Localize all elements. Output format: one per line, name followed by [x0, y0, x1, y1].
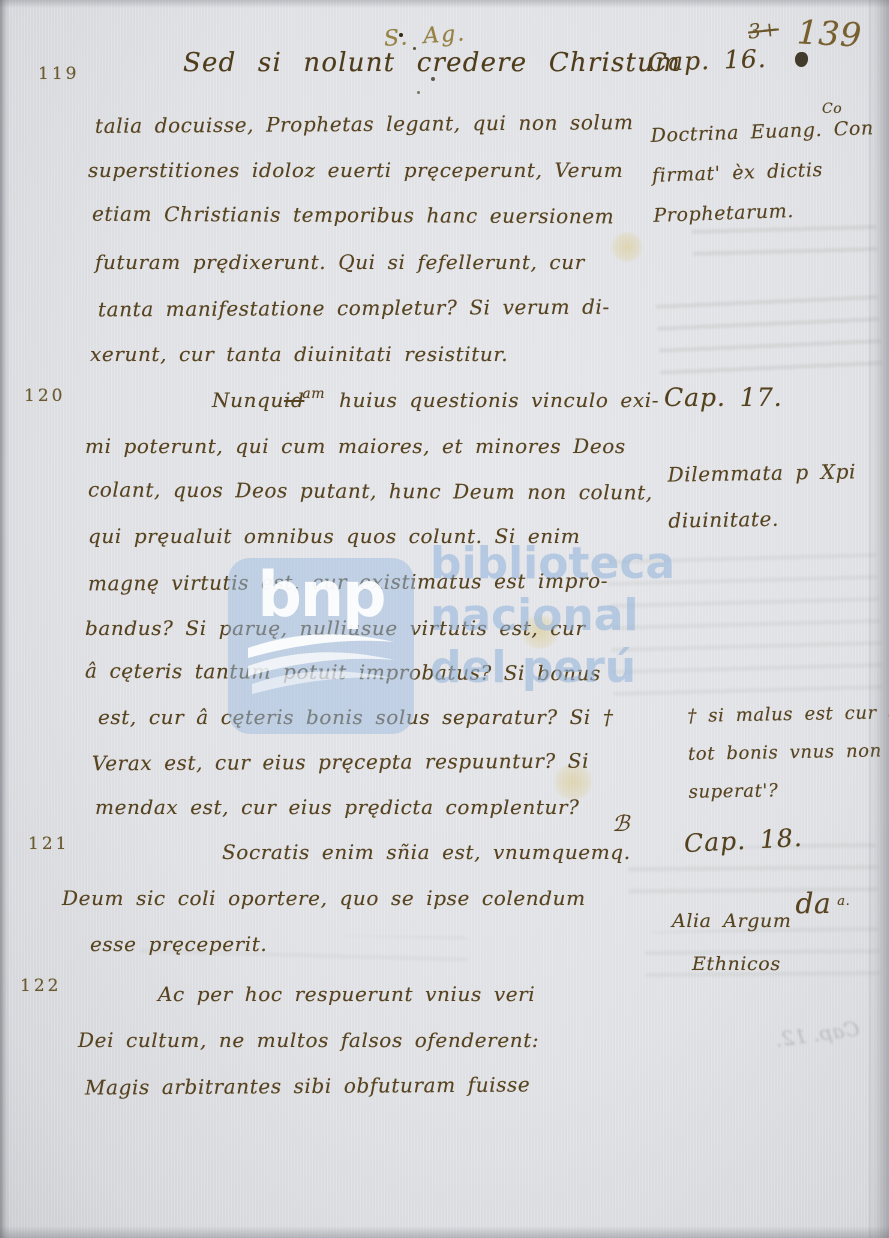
margin-note-line: † si malus est cur â	[687, 694, 889, 736]
margin-note-dilemmata: Dilemmata p Xpi diuinitate.	[667, 448, 857, 543]
margin-note-line: diuinitate.	[668, 494, 857, 543]
body-line: superstitiones idoloz euerti pręceperunt…	[88, 158, 623, 182]
watermark-line: nacional	[430, 590, 675, 642]
watermark-line: biblioteca	[430, 538, 675, 590]
body-line: Magis arbitrantes sibi obfuturam fuisse	[85, 1072, 530, 1099]
bleedthrough-text	[655, 284, 882, 383]
chapter-head-16: Cap. 16.	[648, 44, 768, 77]
margin-note-line: superat'?	[688, 770, 889, 812]
bnp-watermark-text: biblioteca nacional del perú	[430, 538, 675, 694]
ink-blot	[795, 52, 808, 67]
opening-line: Sed si nolunt credere Christum	[183, 48, 681, 78]
body-line: colant, quos Deos putant, hunc Deum non …	[88, 478, 653, 505]
margin-note-line: Prophetarum.	[653, 188, 878, 236]
watermark-line: del perú	[430, 642, 675, 694]
correction-superscript: am	[302, 386, 325, 402]
body-line: mendax est, cur eius prędicta complentur…	[95, 795, 579, 819]
ink-speck	[417, 91, 420, 94]
margin-note-line: Doctrina Euang. Con	[650, 108, 875, 156]
bnp-logo-text: bnp	[258, 564, 385, 626]
body-line: Ac per hoc respuerunt vnius veri	[158, 982, 535, 1006]
page-edge-top	[0, 0, 889, 8]
body-line-correction: Nunquidam huius questionis vinculo exi-	[212, 388, 659, 412]
margin-note-line: Ethnicos	[692, 944, 840, 984]
paper-stain	[610, 232, 644, 262]
page-fold-line	[869, 0, 871, 1238]
margin-number-120: 120	[24, 386, 65, 406]
manuscript-page: S. Ag. 3+ 139 119 120 121 122 Sed si nol…	[0, 0, 889, 1238]
folio-number: 139	[796, 12, 863, 54]
body-line: esse pręceperit.	[90, 932, 267, 956]
chapter-head-18: Cap. 18.	[683, 823, 803, 858]
margin-note-sup: da	[795, 887, 831, 920]
body-line: etiam Christianis temporibus hanc euersi…	[92, 202, 614, 229]
body-line: tanta manifestatione completur? Si verum…	[98, 295, 610, 322]
bnp-swoosh-icon	[246, 622, 396, 700]
margin-note-alia: Alia Argumdaa. Ethnicos	[672, 898, 840, 984]
margin-number-121: 121	[28, 834, 69, 854]
body-line: xerunt, cur tanta diuinitati resistitur.	[90, 342, 508, 366]
margin-note-sup2: a.	[837, 894, 850, 909]
body-line: Deum sic coli oportere, quo se ipse cole…	[62, 886, 586, 910]
margin-note-doctrina: Doctrina Euang. Con firmat' èx dictis Pr…	[650, 108, 877, 236]
margin-note-line: tot bonis vnus non	[688, 732, 889, 774]
page-edge-left	[0, 0, 10, 1238]
margin-note-simalus: † si malus est cur â tot bonis vnus non …	[687, 694, 889, 812]
chapter-head-17: Cap. 17.	[664, 383, 783, 412]
margin-note-line: Alia Argum	[672, 910, 791, 932]
bleedthrough-chapter-note: Cap. 12.	[774, 1016, 861, 1052]
margin-number-119: 119	[38, 64, 79, 84]
body-line: mi poterunt, qui cum maiores, et minores…	[85, 434, 626, 458]
margin-note-line: Dilemmata p Xpi	[667, 448, 856, 497]
correction-prefix: Nunqu	[212, 388, 284, 412]
body-line: Socratis enim sñia est, vnumquemq.	[222, 840, 631, 864]
body-line: talia docuisse, Prophetas legant, qui no…	[95, 110, 634, 138]
paragraph-mark: ℬ	[612, 812, 630, 837]
body-line: futuram prędixerunt. Qui si fefellerunt,…	[95, 250, 585, 274]
correction-rest: huius questionis vinculo exi-	[327, 388, 659, 412]
bnp-watermark-logo: bnp	[228, 558, 414, 734]
body-line: Dei cultum, ne multos falsos ofenderent:	[78, 1028, 539, 1052]
margin-number-122: 122	[20, 976, 61, 996]
ink-speck	[399, 33, 403, 37]
page-edge-bottom	[0, 1226, 889, 1238]
folio-number-struck: 3+	[747, 16, 780, 43]
body-line: Verax est, cur eius pręcepta respuuntur?…	[92, 749, 589, 776]
